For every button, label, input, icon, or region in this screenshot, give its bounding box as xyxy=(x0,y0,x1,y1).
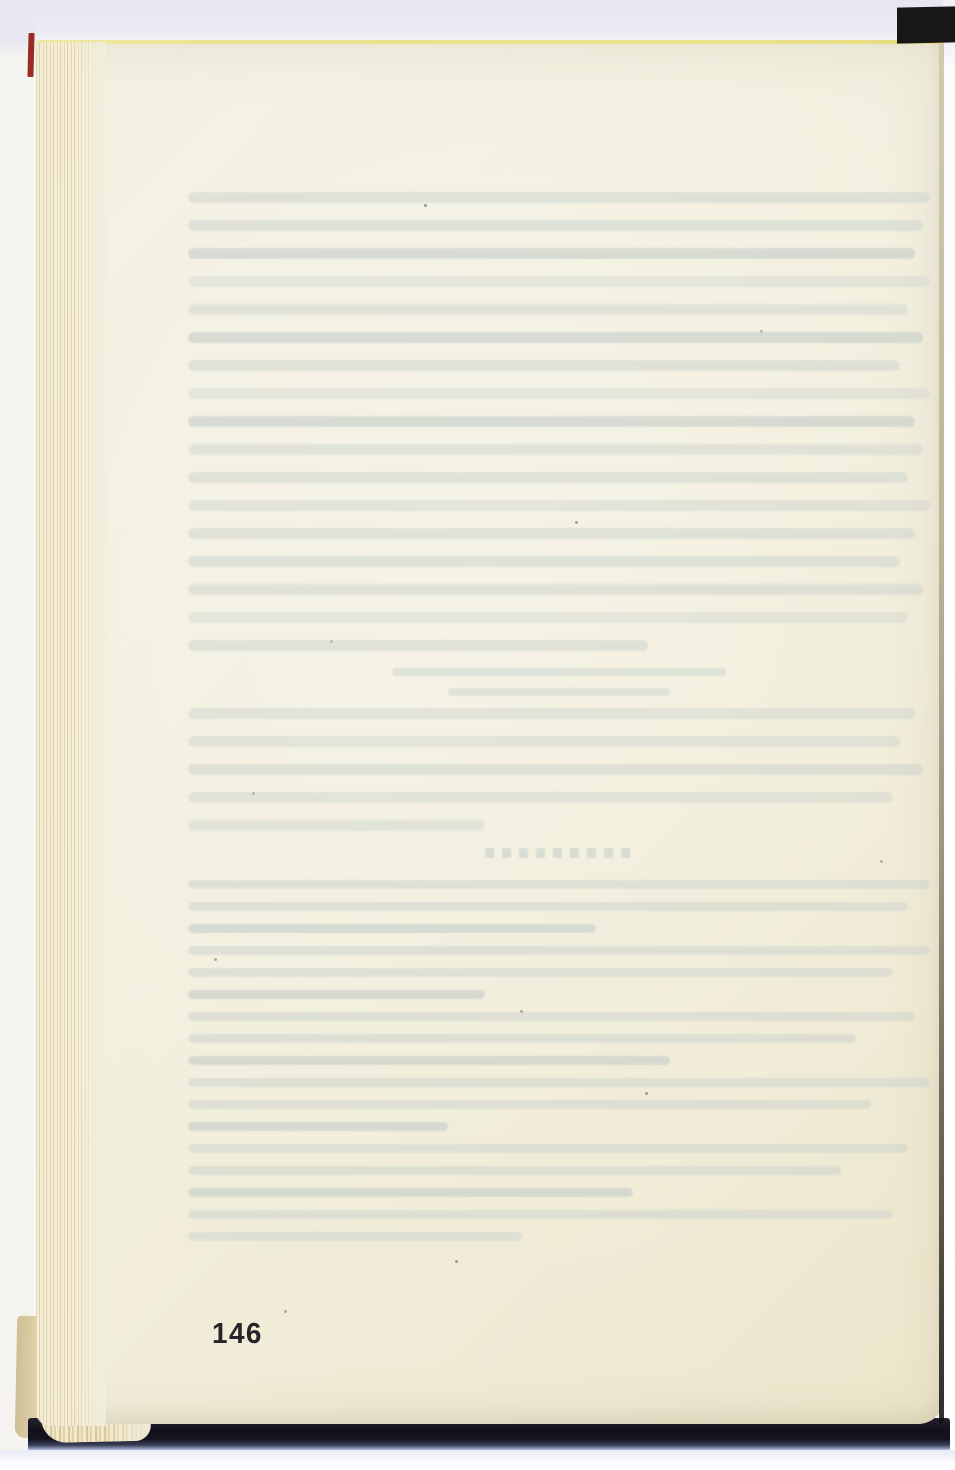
ghost-reference-entry xyxy=(188,1012,930,1065)
ghost-line xyxy=(188,736,900,747)
stacked-page-edges xyxy=(36,42,106,1426)
red-ribbon-sliver xyxy=(27,33,34,77)
ghost-reference-entry xyxy=(188,1144,930,1197)
ghost-centered-note xyxy=(188,668,930,696)
ghost-line xyxy=(188,1034,856,1043)
ghost-line xyxy=(188,820,485,831)
scanned-book-photo: 146 xyxy=(0,0,955,1470)
ghost-line xyxy=(188,764,923,775)
ghost-line xyxy=(188,472,908,483)
scan-background-left xyxy=(0,0,34,1470)
scan-artifact-tab xyxy=(897,6,955,43)
ghost-line xyxy=(188,1188,633,1197)
ghost-line xyxy=(188,1144,908,1153)
ghost-line xyxy=(392,668,726,676)
ghost-line xyxy=(188,304,908,315)
ghost-spaced-heading xyxy=(485,848,633,858)
ghost-line xyxy=(188,640,648,651)
ghost-line xyxy=(188,360,900,371)
ghost-reference-entry xyxy=(188,946,930,999)
scan-background-right xyxy=(943,0,955,1470)
ghost-text-column xyxy=(188,192,930,1254)
ghost-line xyxy=(188,1078,930,1087)
ghost-reference-entry xyxy=(188,1210,930,1241)
ghost-line xyxy=(188,990,485,999)
ghost-line xyxy=(188,584,923,595)
ghost-line xyxy=(188,946,930,955)
ghost-line xyxy=(188,248,915,259)
ghost-line xyxy=(188,1210,893,1219)
ghost-line xyxy=(188,880,930,889)
ghost-line xyxy=(188,192,930,203)
ghost-line xyxy=(188,1232,522,1241)
ghost-line xyxy=(188,332,923,343)
ghost-line xyxy=(188,556,900,567)
ghost-paragraph-summary xyxy=(188,708,930,831)
ghost-line xyxy=(188,792,893,803)
ghost-line xyxy=(188,1166,841,1175)
ghost-line xyxy=(188,500,930,511)
ghost-line xyxy=(188,220,923,231)
ghost-line xyxy=(188,276,930,287)
book-page: 146 xyxy=(36,40,944,1424)
ghost-reference-list xyxy=(188,880,930,1241)
ghost-line xyxy=(188,1012,915,1021)
scan-background-bottom xyxy=(0,1450,955,1470)
ghost-line xyxy=(188,1056,670,1065)
page-number: 146 xyxy=(212,1318,263,1351)
ghost-line xyxy=(188,388,930,399)
ghost-line xyxy=(188,1122,448,1131)
ghost-line xyxy=(188,708,915,719)
ghost-line xyxy=(188,612,908,623)
ghost-line xyxy=(188,416,915,427)
ghost-line xyxy=(188,902,908,911)
ghost-line xyxy=(188,968,893,977)
ghost-line xyxy=(448,688,671,696)
ghost-reference-entry xyxy=(188,880,930,933)
ghost-line xyxy=(188,528,915,539)
ghost-line xyxy=(188,924,596,933)
ghost-paragraph-main xyxy=(188,192,930,651)
ghost-line xyxy=(188,444,923,455)
ghost-line xyxy=(188,1100,871,1109)
ghost-reference-entry xyxy=(188,1078,930,1131)
